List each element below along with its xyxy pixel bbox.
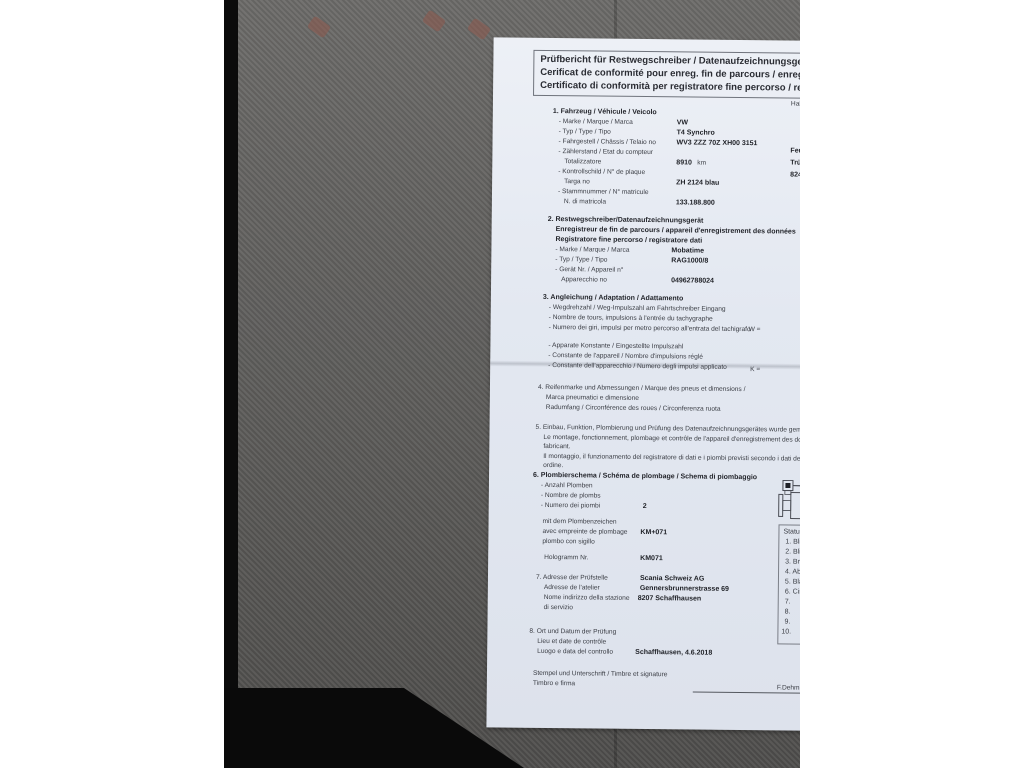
status-item: 4. Abblendlicht bbox=[785, 568, 800, 575]
seal-count: 2 bbox=[643, 503, 647, 510]
vehicle-chassis: WV3 ZZZ 70Z XH00 3151 bbox=[676, 139, 757, 147]
seal-diagram bbox=[777, 478, 800, 525]
make-label: - Marke / Marque / Marca bbox=[559, 118, 633, 126]
shadow bbox=[224, 688, 524, 768]
tires-heading-it: Marca pneumatici e dimensione bbox=[546, 394, 639, 402]
status-item: 6. Cis-Gis bbox=[785, 588, 800, 595]
recorder-heading-it: Registratore fine percorso / registrator… bbox=[555, 236, 702, 245]
workshop-name: Scania Schweiz AG bbox=[640, 575, 704, 583]
certificate-document: Prüfbericht für Restwegschreiber / Daten… bbox=[486, 37, 800, 732]
status-item: 3. Bremse bbox=[785, 558, 800, 565]
workshop-label-it: Nome indirizzo della stazione bbox=[544, 594, 630, 602]
section-vehicle-heading: 1. Fahrzeug / Véhicule / Veicolo bbox=[553, 108, 657, 116]
seal-count-label-it: - Numero dei piombi bbox=[541, 502, 600, 510]
k-symbol: K = bbox=[750, 366, 760, 373]
workshop-city: 8207 Schaffhausen bbox=[638, 595, 701, 603]
seal-mark-label-it: plombo con sigillo bbox=[542, 538, 594, 546]
hologram-number: KM071 bbox=[640, 555, 663, 562]
status-item: 7. bbox=[785, 598, 791, 605]
recorder-heading-fr: Enregistreur de fin de parcours / appare… bbox=[556, 226, 796, 236]
inspection-label-fr: Lieu et date de contrôle bbox=[537, 638, 606, 646]
status-heading: Status / Statuts / Stato bbox=[783, 528, 800, 536]
workshop-street: Gennersbrunnerstrasse 69 bbox=[640, 585, 729, 593]
seat-stitch bbox=[467, 18, 491, 41]
holder-street: Trüllergasse 6 bbox=[790, 160, 800, 167]
odometer-unit: km bbox=[697, 160, 706, 167]
signature-line bbox=[693, 692, 800, 696]
seal-mark-label-de: mit dem Plombenzeichen bbox=[543, 518, 617, 526]
title-fr: Cerificat de conformité pour enreg. fin … bbox=[540, 67, 800, 81]
vehicle-plate: ZH 2124 blau bbox=[676, 179, 719, 186]
chassis-label: - Fahrgestell / Châssis / Telaio no bbox=[559, 138, 656, 146]
section-seals-heading: 6. Plombierschema / Schéma de plombage /… bbox=[533, 472, 757, 481]
holder-label: Halter / Détenteur / Detentore bbox=[791, 101, 800, 109]
holder-city: 8245 Feuerthalen bbox=[790, 172, 800, 180]
k-label-fr: - Constante de l'appareil / Nombre d'imp… bbox=[548, 352, 703, 361]
section-workshop-heading: 7. Adresse der Prüfstelle bbox=[536, 574, 608, 582]
matricule-label-it: N. di matricola bbox=[564, 198, 606, 205]
status-box: Status / Statuts / Stato 1. Blinker rech… bbox=[777, 524, 800, 646]
hologram-label: Hologramm Nr. bbox=[544, 554, 588, 561]
seal-mark-label-fr: avec empreinte de plombage bbox=[542, 528, 627, 536]
w-label-it: - Numero dei giri, impulsi per metro per… bbox=[549, 324, 751, 333]
shadow bbox=[224, 0, 238, 768]
status-item: 8. bbox=[785, 608, 791, 615]
inspection-label-it: Luogo e data del controllo bbox=[537, 648, 613, 656]
holder-name: Feuerwehr Ausseramt bbox=[790, 148, 800, 156]
odometer-label: - Zählerstand / Etat du compteur bbox=[558, 148, 653, 156]
inspector-name: F.Dehmkannn bbox=[777, 684, 800, 691]
status-item: 1. Blinker rechts bbox=[785, 538, 800, 546]
odometer-value: 8910 bbox=[676, 159, 692, 166]
recorder-make-label: - Marke / Marque / Marca bbox=[555, 246, 629, 254]
section-adaptation-heading: 3. Angleichung / Adaptation / Adattament… bbox=[543, 294, 683, 302]
odometer-label-it: Totalizzatore bbox=[564, 158, 601, 165]
installation-text-it-2: ordine. bbox=[543, 462, 563, 469]
vehicle-make: VW bbox=[677, 119, 688, 126]
seal-count-label-de: - Anzahl Plomben bbox=[541, 482, 593, 490]
w-label-fr: - Nombre de tours, impulsions à l'entrée… bbox=[549, 314, 713, 323]
w-label-de: - Wegdrehzahl / Weg-Impulszahl am Fahrts… bbox=[549, 304, 726, 313]
section-tires-heading: 4. Reifenmarke und Abmessungen / Marque … bbox=[538, 384, 746, 393]
signature-label-it: Timbro e firma bbox=[533, 680, 575, 687]
plate-label-it: Targa no bbox=[564, 178, 590, 185]
status-item: 2. Blinker links bbox=[785, 548, 800, 555]
signature-label: Stempel und Unterschrift / Timbre et sig… bbox=[533, 670, 668, 678]
installation-text-it: Il montaggio, il funzionamento del regis… bbox=[543, 453, 800, 464]
photo-background: Prüfbericht für Restwegschreiber / Daten… bbox=[224, 0, 800, 768]
seat-stitch bbox=[307, 16, 331, 39]
type-label: - Typ / Type / Tipo bbox=[559, 128, 611, 136]
workshop-label-it-2: di servizio bbox=[544, 604, 573, 611]
section-inspection-heading: 8. Ort und Datum der Prüfung bbox=[529, 628, 616, 636]
seal-mark: KM+071 bbox=[640, 529, 667, 536]
status-item: 5. Blaulicht bbox=[785, 578, 800, 585]
vehicle-matricule: 133.188.800 bbox=[676, 199, 715, 206]
device-number: 04962788024 bbox=[671, 277, 714, 284]
recorder-type-label: - Typ / Type / Tipo bbox=[555, 256, 607, 264]
recorder-make: Mobatime bbox=[671, 247, 704, 254]
status-item: 9. bbox=[784, 618, 790, 625]
seal-count-label-fr: - Nombre de plombs bbox=[541, 492, 601, 500]
status-item: 10. bbox=[781, 628, 791, 635]
w-symbol: W = bbox=[749, 326, 761, 333]
device-label-it: Apparecchio no bbox=[561, 276, 607, 283]
circumference-label: Radumfang / Circonférence des roues / Ci… bbox=[546, 404, 721, 413]
matricule-label: - Stammnummer / N° matricule bbox=[558, 188, 649, 196]
vehicle-type: T4 Synchro bbox=[677, 129, 715, 136]
plate-label: - Kontrollschild / N° de plaque bbox=[558, 168, 645, 176]
inspection-place-date: Schaffhausen, 4.6.2018 bbox=[635, 649, 712, 657]
title-de: Prüfbericht für Restwegschreiber / Daten… bbox=[540, 54, 800, 68]
workshop-label-fr: Adresse de l'atelier bbox=[544, 584, 600, 592]
installation-text-fr-2: fabricant. bbox=[543, 443, 570, 450]
header-box: Prüfbericht für Restwegschreiber / Daten… bbox=[533, 50, 800, 101]
recorder-type: RAG1000/8 bbox=[671, 257, 708, 264]
installation-text-de: 5. Einbau, Funktion, Plombierung und Prü… bbox=[536, 424, 800, 435]
section-recorder-heading: 2. Restwegschreiber/Datenaufzeichnungsge… bbox=[548, 216, 704, 225]
installation-text-fr: Le montage, fonctionnement, plombage et … bbox=[543, 434, 800, 445]
device-label: - Gerät Nr. / Appareil n° bbox=[555, 266, 623, 274]
k-label-it: - Constante dell'apparecchio / Numero de… bbox=[548, 362, 727, 371]
seat-stitch bbox=[422, 10, 446, 33]
title-it: Certificato di conformità per registrato… bbox=[540, 80, 800, 94]
k-label-de: - Apparate Konstante / Eingestellte Impu… bbox=[548, 342, 683, 350]
